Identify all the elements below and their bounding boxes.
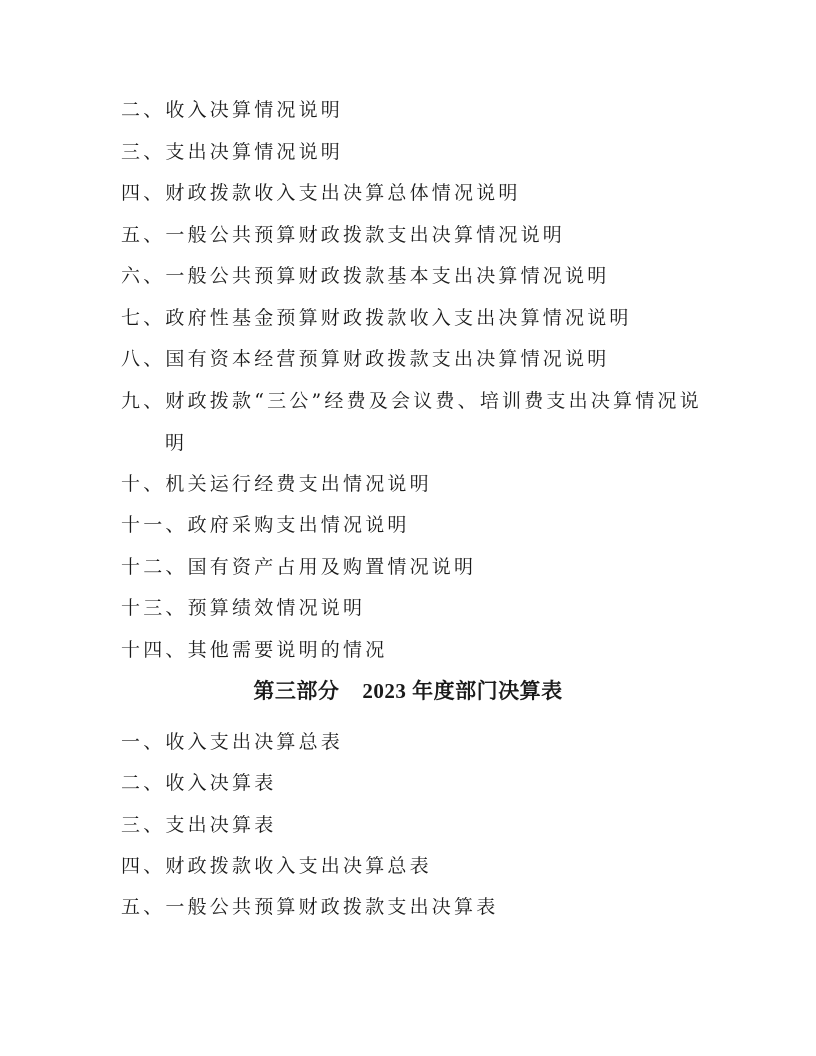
toc-item: 十三、预算绩效情况说明 [121, 596, 365, 620]
toc-item: 五、一般公共预算财政拨款支出决算情况说明 [121, 223, 565, 247]
toc-item: 十、机关运行经费支出情况说明 [121, 472, 432, 496]
toc-item: 七、政府性基金预算财政拨款收入支出决算情况说明 [121, 306, 632, 330]
toc-item: 三、支出决算表 [121, 813, 276, 837]
toc-item: 十二、国有资产占用及购置情况说明 [121, 555, 476, 579]
toc-item: 五、一般公共预算财政拨款支出决算表 [121, 895, 498, 919]
part-three-heading: 第三部分 2023 年度部门决算表 [0, 678, 816, 704]
toc-item: 四、财政拨款收入支出决算总体情况说明 [121, 181, 521, 205]
toc-item: 九、财政拨款“三公”经费及会议费、培训费支出决算情况说 [121, 389, 702, 413]
toc-item: 四、财政拨款收入支出决算总表 [121, 854, 432, 878]
toc-item: 二、收入决算情况说明 [121, 98, 343, 122]
toc-item: 三、支出决算情况说明 [121, 140, 343, 164]
toc-item: 十一、政府采购支出情况说明 [121, 513, 410, 537]
toc-item: 十四、其他需要说明的情况 [121, 638, 387, 662]
toc-item: 二、收入决算表 [121, 771, 276, 795]
toc-item: 六、一般公共预算财政拨款基本支出决算情况说明 [121, 264, 609, 288]
toc-item: 八、国有资本经营预算财政拨款支出决算情况说明 [121, 347, 609, 371]
toc-item-continuation: 明 [165, 431, 187, 455]
toc-item: 一、收入支出决算总表 [121, 730, 343, 754]
